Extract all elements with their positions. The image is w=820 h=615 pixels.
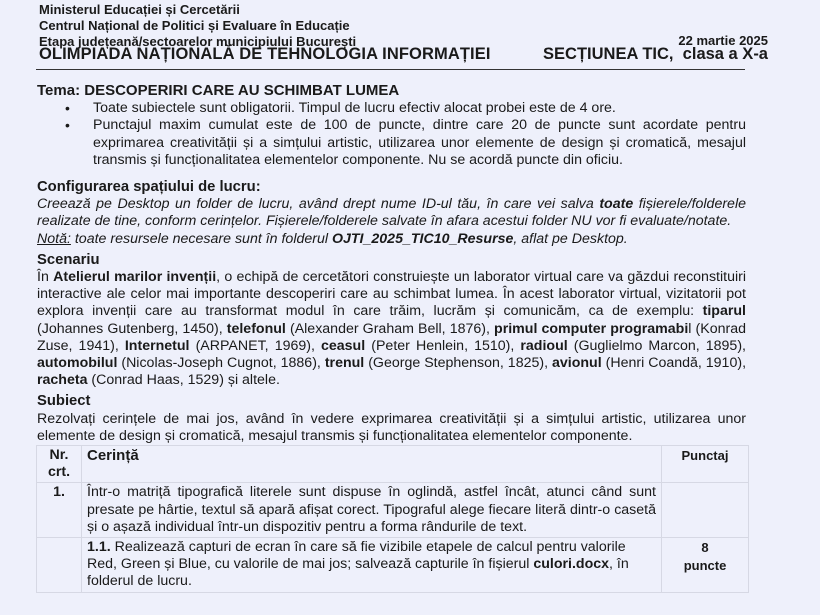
header-divider (36, 69, 745, 70)
theme-title: DESCOPERIRI CARE AU SCHIMBAT LUMEA (84, 82, 399, 99)
column-header-points: Punctaj (662, 446, 749, 483)
points-value: 8 (667, 539, 743, 557)
note-text: toate resursele necesare sunt în folderu… (71, 231, 332, 247)
points-unit: puncte (667, 557, 743, 575)
scenario-fragment: (Guglielmo Marcon, 1895), (568, 338, 746, 354)
theme-label: Tema: (37, 82, 80, 99)
invention-name: racheta (37, 372, 87, 388)
scenario-fragment: (Johannes Gutenberg, 1450), (37, 321, 227, 337)
scenario-fragment: (Peter Henlein, 1510), (365, 338, 520, 354)
olympiad-title: OLIMPIADA NAȚIONALĂ DE TEHNOLOGIA INFORM… (39, 45, 491, 64)
table-header-row: Nr.crt. Cerință Punctaj (37, 446, 749, 483)
workspace-heading: Configurarea spațiului de lucru: (37, 179, 746, 196)
subrequirement-text: 1.1. Realizează capturi de ecran în care… (82, 538, 662, 593)
scenario-fragment: (Alexander Graham Bell, 1876), (286, 321, 494, 337)
row-points (662, 483, 749, 538)
workspace-note: Notă: toate resursele necesare sunt în f… (37, 231, 746, 248)
subject-heading: Subiect (37, 393, 746, 410)
instructions-list: Toate subiectele sunt obligatorii. Timpu… (37, 100, 746, 169)
scenario-fragment: (George Stephenson, 1825), (364, 355, 552, 371)
instruction-item: Punctajul maxim cumulat este de 100 de p… (73, 117, 746, 169)
header-institution-block: Ministerul Educației și Cercetării Centr… (39, 2, 356, 50)
workspace-text: Creează pe Desktop un folder de lucru, a… (37, 196, 599, 212)
requirements-table: Nr.crt. Cerință Punctaj 1. Într-o matriț… (36, 445, 749, 593)
note-label: Notă: (37, 231, 71, 247)
document-body: Tema: DESCOPERIRI CARE AU SCHIMBAT LUMEA… (37, 82, 746, 593)
resources-folder-name: OJTI_2025_TIC10_Resurse (332, 231, 513, 247)
row-points: 8 puncte (662, 538, 749, 593)
scenario-fragment: (Conrad Haas, 1529) și altele. (87, 372, 279, 388)
invention-name: Atelierul marilor invenții (53, 269, 216, 285)
subject-text: Rezolvați cerințele de mai jos, având în… (37, 411, 746, 445)
instruction-item: Toate subiectele sunt obligatorii. Timpu… (73, 100, 746, 117)
invention-name: Internetul (125, 338, 190, 354)
invention-name: tiparul (703, 303, 746, 319)
subrequirement-label: 1.1. (87, 539, 111, 555)
scenario-fragment: (Henri Coandă, 1910), (602, 355, 746, 371)
exam-page: Ministerul Educației și Cercetării Centr… (0, 0, 820, 615)
column-header-requirement: Cerință (82, 446, 662, 483)
scenario-text: În Atelierul marilor invenții, o echipă … (37, 269, 746, 389)
ministry-name: Ministerul Educației și Cercetării (39, 2, 356, 18)
workspace-instructions: Creează pe Desktop un folder de lucru, a… (37, 196, 746, 230)
scenario-fragment: (Nicolas-Joseph Cugnot, 1886), (117, 355, 324, 371)
requirement-text: Într-o matriță tipografică literele sunt… (82, 483, 662, 538)
invention-name: ceasul (321, 338, 365, 354)
output-file-name: culori.docx (533, 556, 609, 572)
theme-heading: Tema: DESCOPERIRI CARE AU SCHIMBAT LUMEA (37, 82, 746, 99)
scenario-fragment: (ARPANET, 1969), (190, 338, 322, 354)
row-number (37, 538, 82, 593)
invention-name: telefonul (227, 321, 286, 337)
row-number: 1. (37, 483, 82, 538)
section-class: SECȚIUNEA TIC, clasa a X-a (543, 45, 768, 64)
invention-name: radioul (520, 338, 567, 354)
invention-name: trenul (325, 355, 364, 371)
invention-name: automobilul (37, 355, 117, 371)
workspace-emphasis: toate (599, 196, 633, 212)
note-text: , aflat pe Desktop. (513, 231, 627, 247)
invention-name: primul computer programabi (494, 321, 688, 337)
scenario-heading: Scenariu (37, 252, 746, 269)
table-row: 1.1. Realizează capturi de ecran în care… (37, 538, 749, 593)
column-header-nr: Nr.crt. (37, 446, 82, 483)
scenario-fragment: În (37, 269, 53, 285)
table-row: 1. Într-o matriță tipografică literele s… (37, 483, 749, 538)
center-name: Centrul Național de Politici și Evaluare… (39, 18, 356, 34)
invention-name: avionul (552, 355, 602, 371)
nr-header-text: Nr.crt. (48, 447, 70, 480)
